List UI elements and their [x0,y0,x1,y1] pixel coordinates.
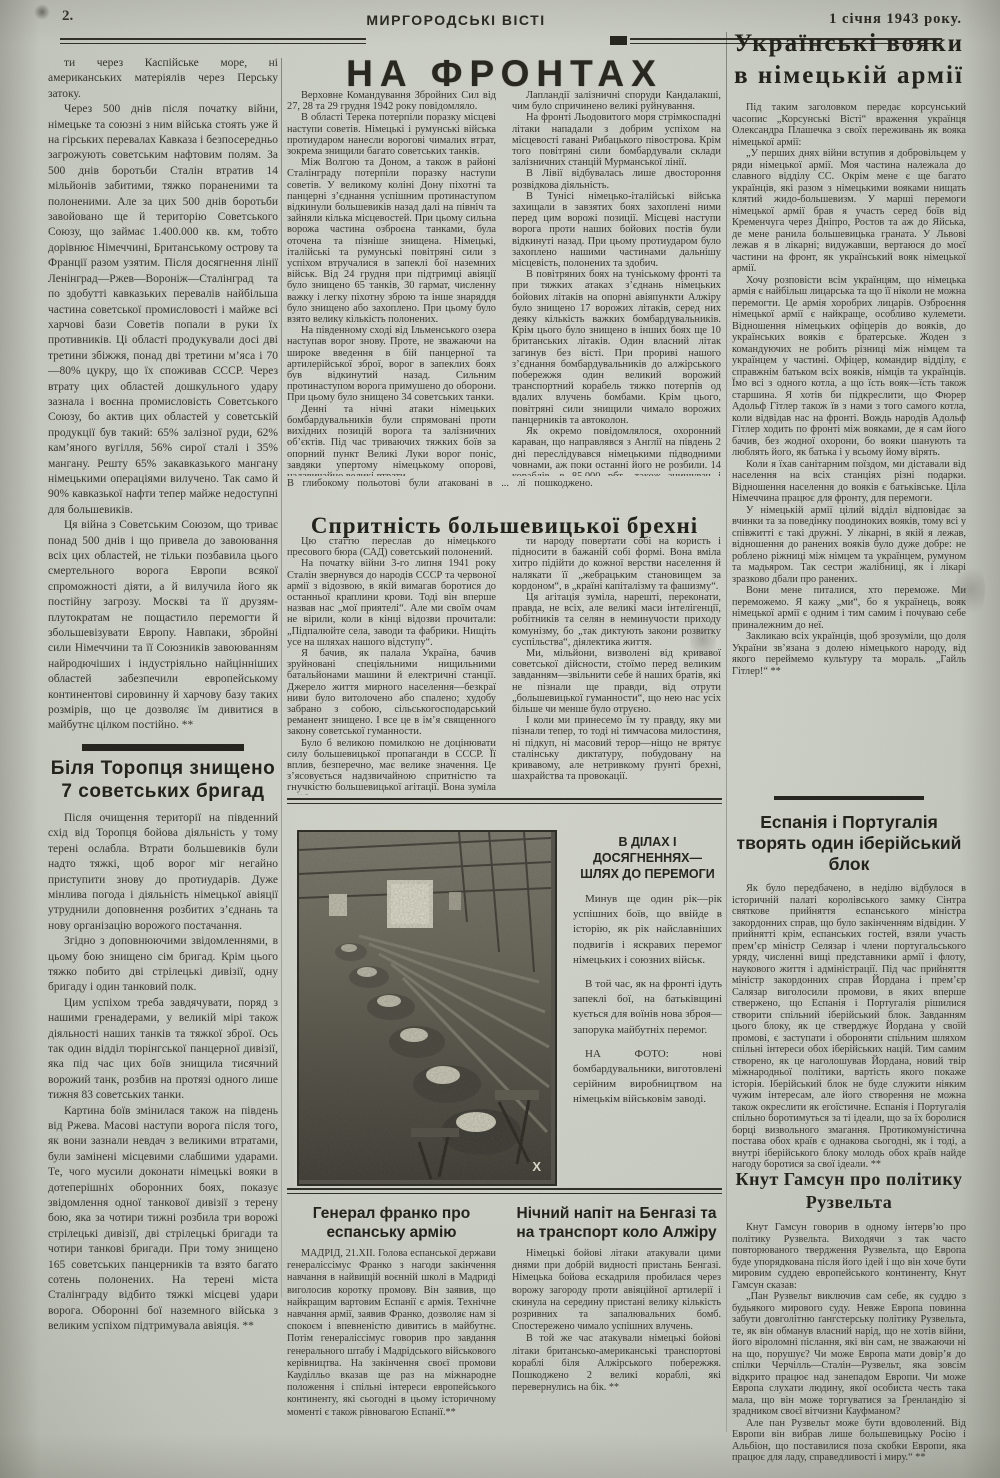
paragraph: На південному сході від Ільменського озе… [287,325,496,403]
issue-date: 1 січня 1943 року. [780,11,962,28]
paragraph: Ця агітація зуміла, нарешті, переконати,… [512,592,721,648]
headline-volunteers: Українські вояки в німецькій армії [732,28,966,92]
factory-photo-image [299,832,551,1180]
paragraph: НА ФОТО: нові бомбардувальники, виготовл… [573,1047,722,1108]
paragraph: В той час, як на фронті ідуть запеклі бо… [573,977,722,1038]
newspaper-page: 2. МИРГОРОДСЬКІ ВІСТІ 1 січня 1943 року.… [0,0,1000,1478]
article-500-days: ти через Каспійське море, ні американськ… [48,56,278,1460]
paragraph: Денні та нічні атаки німецьких бомбардув… [287,404,496,476]
page-number: 2. [62,8,73,25]
paragraph: Кнут Гамсун говорив в одному інтерв’ю пр… [732,1222,966,1291]
headline-photo-caption: В ДІЛАХ І ДОСЯГНЕННЯХ— ШЛЯХ ДО ПЕРЕМОГИ [573,834,722,882]
factory-photo: X [297,830,557,1186]
paragraph: Між Волгою та Доном, а також в районі Ст… [287,157,496,325]
section-rule [774,796,924,800]
paragraph: В Лівії відбувалась лише двостороння роз… [512,168,721,190]
paragraph: На фронті Льодовитого моря стрімкоспадні… [512,112,721,168]
photo-caption: В ДІЛАХ І ДОСЯГНЕННЯХ— ШЛЯХ ДО ПЕРЕМОГИ … [573,834,722,1190]
paragraph: В Тунісі німецько-італійські війська зах… [512,191,721,269]
paragraph: Але пан Рузвельт може бути вдоволений. В… [732,1418,966,1464]
article-franco: Генерал франко про еспанську армію МАДРІ… [287,1204,496,1458]
paragraph: Ми, мільйони, визволені від кривавої сов… [512,648,721,715]
column-divider [726,32,727,1432]
paragraph: Під таким заголовком передає корсунський… [732,102,966,148]
article-body: МАДРІД, 21.XII. Голова еспанської держав… [287,1248,496,1419]
column-divider [281,58,282,1298]
article-iberia: Еспанія і Португалія творять один іберій… [732,812,966,1182]
paragraph: І коли ми принесемо їм ту правду, яку ми… [512,715,721,782]
paragraph: Хочу розповісти всім українцям, що німец… [732,275,966,459]
article-body: Німецькі бойові літаки атакували цими дн… [512,1248,721,1394]
paragraph: Ця війна з Советським Союзом, що триває … [48,518,278,734]
paragraph: Закликаю всіх українців, щоб зрозуміли, … [732,631,966,677]
paragraph: В області Терека потерпіли поразку місце… [287,112,496,157]
article-body: ти народу повертати собі на користь і пі… [512,536,721,795]
section-rule [82,744,244,751]
paragraph: Як окремо повідомлялося, охоронний карав… [512,426,721,476]
article-body: Цю статтю переслав до німецького пресово… [287,536,496,795]
paragraph: Картина боїв змінилася також на південь … [48,1104,278,1335]
paragraph: Вони мене питалися, хто переможе. Ми пер… [732,585,966,631]
paragraph: Минув ще один рік—рік успішних боїв, що … [573,892,722,968]
article-fronts: Верховне Командування Збройних Сил від 2… [287,90,722,476]
scan-smudge [34,4,50,20]
paragraph: В той же час атакували німецькі бойові л… [512,1333,721,1394]
article-body: ти через Каспійське море, ні американськ… [48,56,278,734]
paragraph: „У перших днях війни вступив я добровіль… [732,148,966,275]
paragraph: Коли я їхав санітарним поїздом, ми діста… [732,459,966,505]
section-rule [287,1188,722,1194]
article-body: Як було передбачено, в неділю відбулося … [732,883,966,1171]
headline-hamsun: Кнут Гамсун про політику Рузвельта [732,1168,966,1214]
paragraph: Лапландії залізничні споруди Кандалакші,… [512,90,721,112]
article-body: Під таким заголовком передає корсунський… [732,102,966,677]
paragraph: У німецькій армії цілий відділ відповіда… [732,505,966,586]
headline-benghazi: Нічний напіт на Бенгазі та на транспорт … [512,1204,721,1242]
paragraph: Як було передбачено, в неділю відбулося … [732,883,966,1171]
paragraph: Німецькі бойові літаки атакували цими дн… [512,1248,721,1333]
photo-section: X В ДІЛАХ І ДОСЯГНЕННЯХ— ШЛЯХ ДО ПЕРЕМОГ… [287,810,722,1194]
headline-toropets: Біля Торопця знищено 7 советських бригад [48,757,278,803]
section-rule [287,798,722,804]
bottom-articles: Генерал франко про еспанську армію МАДРІ… [287,1204,722,1458]
paragraph: Цим успіхом треба завдячувати, поряд з н… [48,996,278,1104]
headline-fronts: НА ФРОНТАХ [287,53,722,95]
paragraph: Згідно з доповнюючими звідомленнями, в ц… [48,934,278,996]
fronts-closing-line: В глибокому польотові були атаковані в .… [287,478,722,491]
article-hamsun: Кнут Гамсун про політику Рузвельта Кнут … [732,1168,966,1478]
paragraph: Я бачив, як палала Україна, бачив зруйно… [287,648,496,738]
caption-body: Минув ще один рік—рік успішних боїв, що … [573,892,722,1108]
paragraph: Було б великою помилкою не доцінювати си… [287,738,496,795]
article-body: Лапландії залізничні споруди Кандалакші,… [512,90,721,476]
center-section: НА ФРОНТАХ Верховне Командування Збройни… [287,28,722,1458]
article-body: Після очищення території на південний сх… [48,811,278,1335]
paragraph: Цю статтю переслав до німецького пресово… [287,536,496,558]
paragraph: Через 500 днів після початку війни, німе… [48,102,278,518]
right-column: Українські вояки в німецькій армії Під т… [732,28,966,1478]
photo-mark: X [532,1159,541,1174]
article-lies: Цю статтю переслав до німецького пресово… [287,536,722,795]
paragraph: ти через Каспійське море, ні американськ… [48,56,278,102]
paragraph: Верховне Командування Збройних Сил від 2… [287,90,496,112]
paragraph: В повітряних боях на туніському фронті т… [512,269,721,426]
article-volunteers: Українські вояки в німецькій армії Під т… [732,28,966,788]
paragraph: Після очищення території на південний сх… [48,811,278,934]
article-body: Верховне Командування Збройних Сил від 2… [287,90,496,476]
headline-iberia: Еспанія і Португалія творять один іберій… [732,812,966,875]
article-body: Кнут Гамсун говорив в одному інтерв’ю пр… [732,1222,966,1464]
headline-franco: Генерал франко про еспанську армію [287,1204,496,1242]
article-benghazi: Нічний напіт на Бенгазі та на транспорт … [512,1204,721,1458]
masthead-title: МИРГОРОДСЬКІ ВІСТІ [366,12,546,28]
paragraph: „Пан Рузвельт виключив сам себе, як судд… [732,1291,966,1418]
paragraph: МАДРІД, 21.XII. Голова еспанської держав… [287,1248,496,1419]
paragraph: ти народу повертати собі на користь і пі… [512,536,721,592]
paragraph: На початку війни 3-го липня 1941 року Ст… [287,558,496,648]
